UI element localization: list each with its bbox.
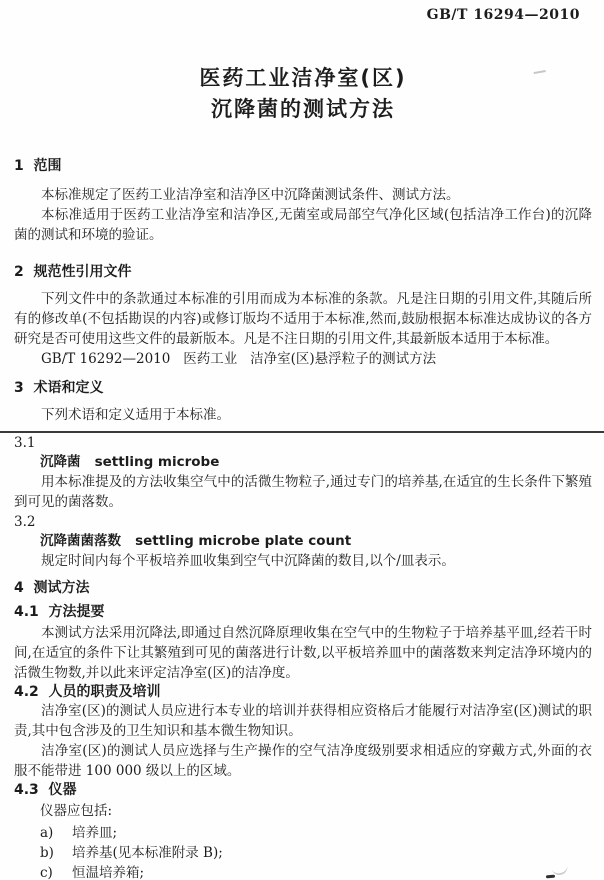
section-4-methods-heading: 4 测试方法 <box>14 579 592 597</box>
term-3-1-definition: 用本标准提及的方法收集空气中的活微生物粒子,通过专门的培养基,在适宜的生长条件下… <box>14 472 592 512</box>
term-3-1-number: 3.1 <box>14 434 592 452</box>
term-3-1-name: 沉降菌 settling microbe <box>14 452 592 472</box>
list-item-c-text: 恒温培养箱; <box>72 863 592 880</box>
document-title: 医药工业洁净室(区) 沉降菌的测试方法 <box>14 63 592 125</box>
instrument-list: a) 培养皿; b) 培养基(见本标准附录 B); c) 恒温培养箱; <box>14 823 592 880</box>
section-3-intro: 下列术语和定义适用于本标准。 <box>14 405 592 425</box>
list-item-b-label: b) <box>40 843 72 863</box>
list-item-c: c) 恒温培养箱; <box>14 863 592 880</box>
list-item-a: a) 培养皿; <box>14 823 592 843</box>
section-4-2-heading: 4.2 人员的职责及培训 <box>14 683 592 701</box>
section-1-paragraph-1: 本标准规定了医药工业洁净室和洁净区中沉降菌测试条件、测试方法。 <box>14 185 592 205</box>
list-item-b: b) 培养基(见本标准附录 B); <box>14 843 592 863</box>
section-divider-line <box>0 431 604 433</box>
section-2-reference-entry: GB/T 16292—2010 医药工业 洁净室(区)悬浮粒子的测试方法 <box>14 349 592 369</box>
section-4-1-paragraph: 本测试方法采用沉降法,即通过自然沉降原理收集在空气中的生物粒子于培养基平皿,经若… <box>14 623 592 683</box>
section-4-3-intro: 仪器应包括: <box>14 801 592 821</box>
standard-number: GB/T 16294—2010 <box>14 0 592 23</box>
section-4-3-heading: 4.3 仪器 <box>14 781 592 799</box>
document-title-line2: 沉降菌的测试方法 <box>14 94 592 125</box>
list-item-c-label: c) <box>40 863 72 880</box>
list-item-b-text: 培养基(见本标准附录 B); <box>72 843 592 863</box>
document-title-line1: 医药工业洁净室(区) <box>14 63 592 94</box>
list-item-a-label: a) <box>40 823 72 843</box>
term-3-2-number: 3.2 <box>14 513 592 531</box>
scan-artifact-dot <box>546 875 555 879</box>
section-1-paragraph-2: 本标准适用于医药工业洁净室和洁净区,无菌室或局部空气净化区域(包括洁净工作台)的… <box>14 205 592 245</box>
section-4-2-paragraph-1: 洁净室(区)的测试人员应进行本专业的培训并获得相应资格后才能履行对洁净室(区)测… <box>14 701 592 741</box>
section-3-terms-heading: 3 术语和定义 <box>14 379 592 397</box>
term-3-2-name: 沉降菌菌落数 settling microbe plate count <box>14 531 592 551</box>
section-1-scope-heading: 1 范围 <box>14 157 592 175</box>
term-3-2-definition: 规定时间内每个平板培养皿收集到空气中沉降菌的数目,以个/皿表示。 <box>14 551 592 571</box>
section-4-1-heading: 4.1 方法提要 <box>14 603 592 621</box>
document-page: GB/T 16294—2010 医药工业洁净室(区) 沉降菌的测试方法 1 范围… <box>0 0 604 880</box>
section-4-2-paragraph-2: 洁净室(区)的测试人员应选择与生产操作的空气洁净度级别要求相适应的穿戴方式,外面… <box>14 741 592 781</box>
section-2-paragraph-1: 下列文件中的条款通过本标准的引用而成为本标准的条款。凡是注日期的引用文件,其随后… <box>14 289 592 349</box>
section-2-references-heading: 2 规范性引用文件 <box>14 263 592 281</box>
list-item-a-text: 培养皿; <box>72 823 592 843</box>
